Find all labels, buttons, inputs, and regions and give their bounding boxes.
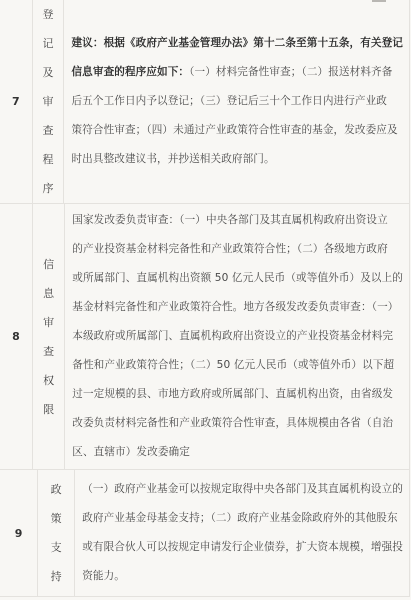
- label-char: 程: [43, 145, 54, 174]
- label-char: 持: [51, 562, 62, 591]
- table-row-7: 7 登 记 及 审 查 程 序 建议：根据《政府产业基金管理办法》第十二条至第十…: [0, 0, 409, 204]
- label-char: 支: [51, 533, 62, 562]
- label-char: 登: [43, 0, 54, 29]
- label-char: 策: [51, 504, 62, 533]
- label-char: 序: [43, 174, 54, 203]
- content-line: 后五个工作日内予以登记；（三）登记后三十个工作日内进行产业政: [71, 87, 403, 116]
- label-char: 查: [43, 116, 54, 145]
- content-line: （一）材料完备性审查；（二）报送材料齐备: [189, 66, 392, 78]
- content-paragraph: 国家发改委负责审查：（一）中央各部门及其直属机构政府出资设立 的产业投资基金材料…: [72, 206, 403, 467]
- row-label-vertical: 政 策 支 持: [38, 470, 75, 596]
- label-char: 记: [43, 29, 54, 58]
- label-char: 限: [43, 395, 54, 424]
- label-char: 权: [43, 366, 54, 395]
- row-label-vertical: 登 记 及 审 查 程 序: [33, 0, 65, 203]
- row-number: 7: [0, 0, 33, 203]
- content-line: 过一定规模的县、市地方政府或所属部门、直属机构出资，由省级发: [72, 380, 403, 409]
- content-line: 区、直辖市）发改委确定: [72, 438, 403, 467]
- row-content: 建议：根据《政府产业基金管理办法》第十二条至第十五条，有关登记 信息审查的程序应…: [64, 0, 409, 203]
- content-line: 本级政府或所属部门、直属机构政府出资设立的产业投资基金材料完: [72, 322, 403, 351]
- content-paragraph: 建议：根据《政府产业基金管理办法》第十二条至第十五条，有关登记 信息审查的程序应…: [71, 29, 403, 174]
- row-content: （一）政府产业基金可以按规定取得中央各部门及其直属机构设立的 政府产业基金母基金…: [75, 470, 409, 596]
- row-label-vertical: 信 息 审 查 权 限: [33, 204, 65, 469]
- content-line: 改委负责材料完备性和产业政策符合性审查，具体规模由各省（自治: [72, 409, 403, 438]
- content-line-bold: 建议：根据《政府产业基金管理办法》第十二条至第十五条，有关登记: [71, 29, 403, 58]
- row-number: 9: [0, 470, 38, 596]
- label-char: 息: [43, 279, 54, 308]
- label-char: 审: [43, 87, 54, 116]
- label-char: 及: [43, 58, 54, 87]
- label-char: 政: [51, 475, 62, 504]
- content-line: 资能力。: [82, 562, 403, 591]
- content-line: （一）政府产业基金可以按规定取得中央各部门及其直属机构设立的: [82, 475, 403, 504]
- row-number: 8: [0, 204, 33, 469]
- content-paragraph: （一）政府产业基金可以按规定取得中央各部门及其直属机构设立的 政府产业基金母基金…: [82, 475, 403, 591]
- content-line: 政府产业基金母基金支持；（二）政府产业基金除政府外的其他股东: [82, 504, 403, 533]
- content-line: 基金材料完备性和产业政策符合性。地方各级发改委负责审查：（一）: [72, 293, 403, 322]
- content-line: 的产业投资基金材料完备性和产业政策符合性；（二）各级地方政府: [72, 235, 403, 264]
- content-line: 或有限合伙人可以按规定申请发行企业债券，扩大资本规模，增强投: [82, 533, 403, 562]
- content-line: 策符合性审查；（四）未通过产业政策符合性审查的基金，发改委应及: [71, 116, 403, 145]
- content-line: 国家发改委负责审查：（一）中央各部门及其直属机构政府出资设立: [72, 206, 403, 235]
- label-char: 审: [43, 308, 54, 337]
- label-char: 查: [43, 337, 54, 366]
- content-line: 备性和产业政策符合性；（二）50 亿元人民币（或等值外币）以下超: [72, 351, 403, 380]
- content-line: 时出具整改建议书，并抄送相关政府部门。: [71, 145, 403, 174]
- table-row-8: 8 信 息 审 查 权 限 国家发改委负责审查：（一）中央各部门及其直属机构政府…: [0, 204, 409, 470]
- label-char: 信: [43, 250, 54, 279]
- policy-table: 7 登 记 及 审 查 程 序 建议：根据《政府产业基金管理办法》第十二条至第十…: [0, 0, 410, 597]
- table-row-9: 9 政 策 支 持 （一）政府产业基金可以按规定取得中央各部门及其直属机构设立的…: [0, 470, 409, 597]
- content-line-bold: 信息审查的程序应如下：: [71, 66, 189, 78]
- row-content: 国家发改委负责审查：（一）中央各部门及其直属机构政府出资设立 的产业投资基金材料…: [65, 204, 409, 469]
- content-line: 或所属部门、直属机构出资额 50 亿元人民币（或等值外币）及以上的: [72, 264, 403, 293]
